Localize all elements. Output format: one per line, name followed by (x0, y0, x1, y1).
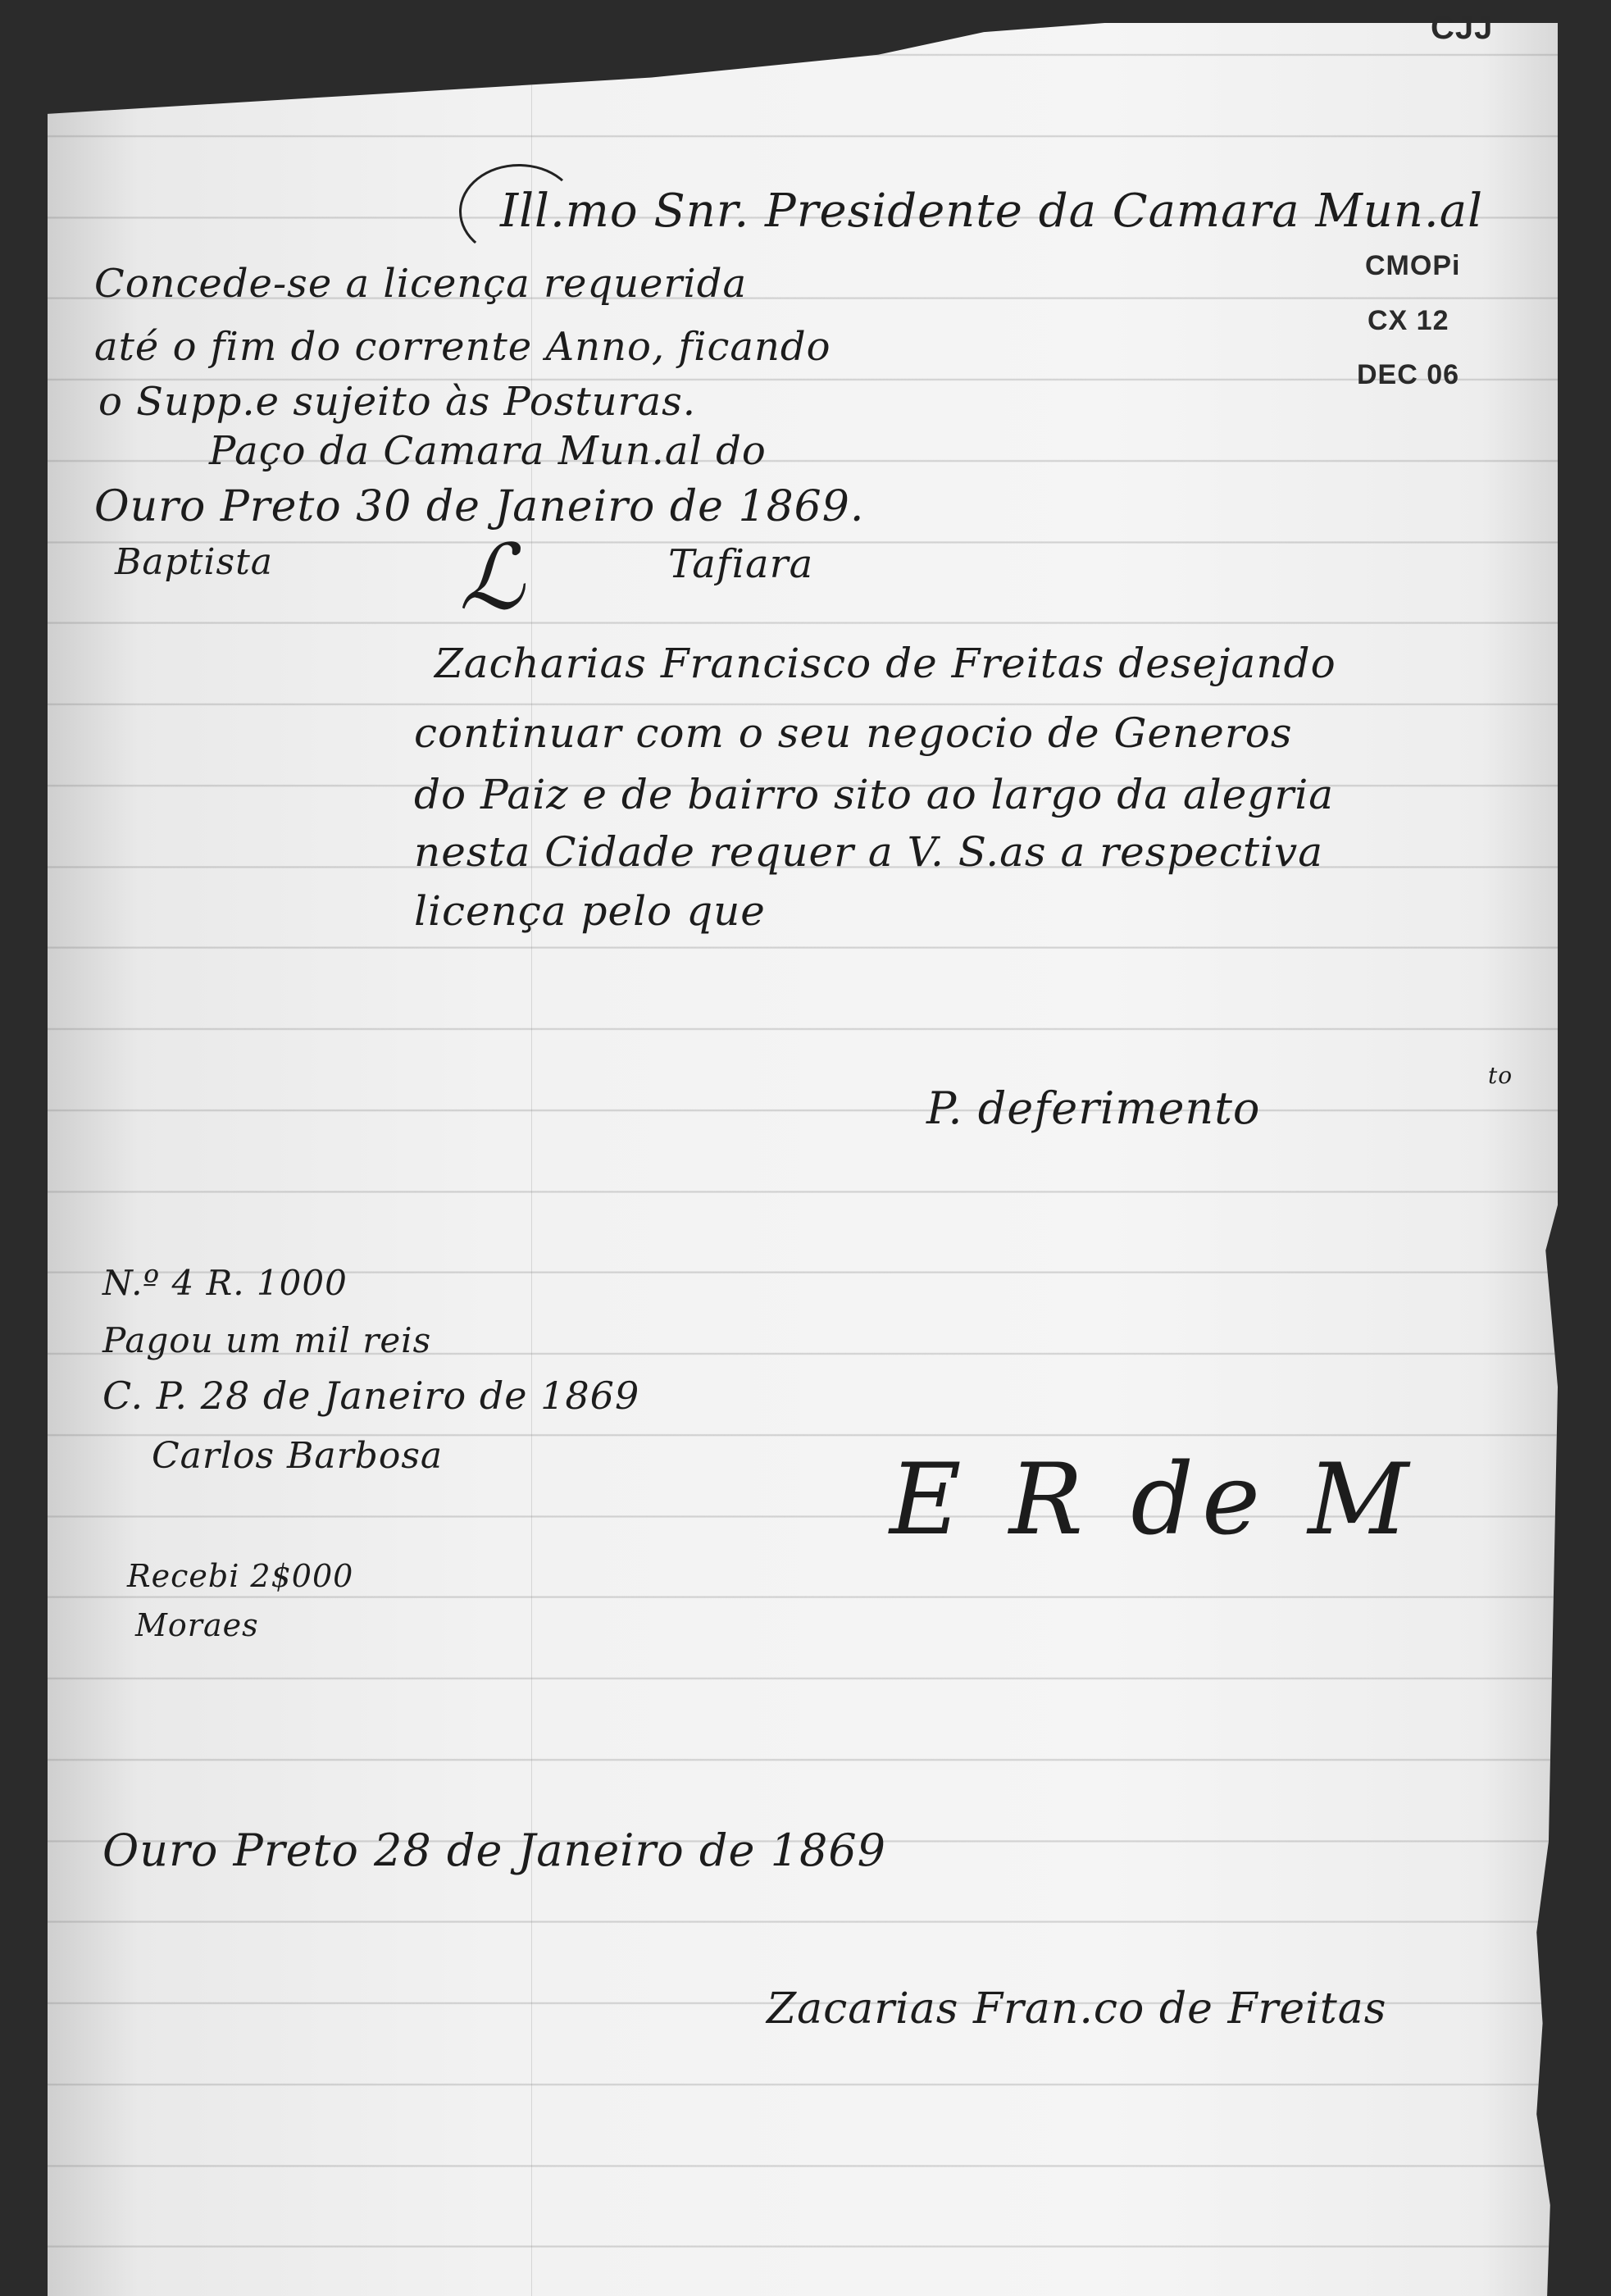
receipt-line-4: Carlos Barbosa (152, 1435, 443, 1477)
archive-box-code: CJJ (1431, 10, 1493, 47)
dispatch-line-5: Ouro Preto 30 de Janeiro de 1869. (94, 482, 864, 531)
dispatch-line-1: Concede-se a licença requerida (94, 261, 747, 307)
receipt-line-2: Pagou um mil reis (102, 1320, 431, 1360)
petition-closing-superscript: to (1488, 1062, 1513, 1089)
dispatch-signature-left: Baptista (115, 541, 273, 583)
dispatch-signature-right: Tafiara (668, 541, 813, 587)
footer-signature: Zacarias Fran.co de Freitas (767, 1984, 1386, 2034)
archive-doc-code: DEC 06 (1357, 359, 1459, 391)
dispatch-initial-flourish: ℒ (459, 525, 525, 630)
petition-line-3: do Paiz e de bairro sito ao largo da ale… (414, 771, 1334, 818)
dispatch-line-4: Paço da Camara Mun.al do (209, 428, 767, 474)
salutation: Ill.mo Snr. Presidente da Camara Mun.al (500, 184, 1483, 238)
receipt-paid-by: Moraes (135, 1607, 259, 1643)
archive-series-code: CX 12 (1368, 305, 1449, 337)
archive-fund-code: CMOPi (1365, 250, 1460, 282)
emblem-signature: E R de M (890, 1443, 1417, 1557)
dispatch-line-3: o Supp.e sujeito às Posturas. (98, 379, 696, 425)
receipt-paid-line: Recebi 2$000 (127, 1558, 353, 1594)
petition-line-5: licença pelo que (414, 887, 766, 935)
receipt-line-1: N.º 4 R. 1000 (102, 1263, 348, 1303)
petition-line-2: continuar com o seu negocio de Generos (414, 709, 1293, 757)
footer-place-date: Ouro Preto 28 de Janeiro de 1869 (102, 1824, 886, 1876)
petition-closing: P. deferimento (926, 1082, 1260, 1134)
petition-line-1: Zacharias Francisco de Freitas desejando (435, 640, 1336, 687)
petition-line-4: nesta Cidade requer a V. S.as a respecti… (414, 828, 1323, 876)
dispatch-line-2: até o fim do corrente Anno, ficando (94, 324, 831, 370)
receipt-line-3: C. P. 28 de Janeiro de 1869 (102, 1373, 639, 1418)
